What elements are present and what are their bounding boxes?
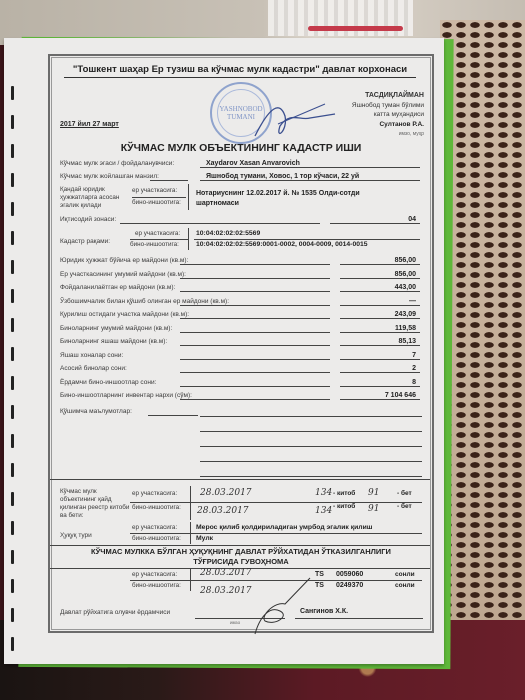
measure-value: 856,00 [395,271,416,278]
field-economic-zone: Иқтисодий зонаси: 04 [60,213,420,224]
certificate-land-date: 28.03.2017 [200,568,252,578]
registry-land-page: 91 [368,488,379,498]
measure-value: 443,00 [395,284,416,291]
measure-row: Юридик ҳужжат бўйича ер майдони (кв.м):8… [60,254,420,265]
measure-label: Ёрдамчи бино-иншоотлар сони: [60,379,156,386]
measure-row: Биноларнинг яшаш майдони (кв.м):85,13 [60,335,420,346]
measure-row: Биноларнинг умумий майдони (кв.м):119,58 [60,322,420,333]
rights-building-value: Мулк [196,535,213,542]
measure-label: Биноларнинг умумий майдони (кв.м): [60,325,172,332]
registrar-name: Сангинов Х.К. [300,608,348,615]
cadastral-land-number: 10:04:02:02:02:5569 [196,230,260,237]
rights-label: Ҳуқуқ тури [60,532,92,539]
field-basis-value: Нотариуснинг 12.02.2017 й. № 1535 Олди-с… [196,189,396,209]
measure-label: Яшаш хоналар сони: [60,352,123,359]
measure-value: 119,58 [395,325,416,332]
measure-row: Ёрдамчи бино-иншоотлар сони:8 [60,376,420,387]
measure-value: 243,09 [395,311,416,318]
measure-label: Асосий бинолар сони: [60,365,127,372]
rights-land-value: Мерос қилиб қолдириладиган умрбод эгалик… [196,524,372,531]
measure-row: Қурилиш остидаги участка майдони (кв.м):… [60,308,420,319]
field-owner: Кўчмас мулк эгаси / фойдаланувчиси: Xayd… [60,157,420,168]
registry-label: Кўчмас мулк объектининг қайд қилинган ре… [60,488,130,520]
registrar-label: Давлат рўйхатига олувчи ёрдамчиси [60,609,170,616]
measure-value: 85,13 [398,338,416,345]
registry-building-page: 91 [368,504,379,514]
measure-label: Биноларнинг яшаш майдони (кв.м): [60,338,167,345]
registry-building-book: 134 [315,506,332,516]
document-date: 2017 йил 27 март [60,121,119,128]
measure-value: 2 [412,365,416,372]
measure-row: Асосий бинолар сони:2 [60,362,420,373]
cadastral-building-number: 10:04:02:02:02:5569:0001-0002, 0004-0009… [196,241,368,248]
signature-icon [250,96,340,146]
certificate-building-date: 28.03.2017 [200,586,252,596]
measure-label: Ўзбошимчалик билан қўшиб олинган ер майд… [60,298,229,305]
certificate-building-number: 0249370 [336,582,363,589]
cadastral-form: "Тошкент шаҳар Ер тузиш ва кўчмас мулк к… [48,54,434,633]
certificate-land-number: 0059060 [336,571,363,578]
measure-value: 8 [412,379,416,386]
registry-land-book: 134 [315,488,332,498]
document-title: КЎЧМАС МУЛК ОБЪЕКТИНИНГ КАДАСТР ИШИ [50,142,432,154]
measure-label: Фойдаланилаётган ер майдони (кв.м): [60,284,175,291]
measure-value: 856,00 [395,257,416,264]
measure-label: Қурилиш остидаги участка майдони (кв.м): [60,311,189,318]
registry-land-date: 28.03.2017 [200,488,252,498]
measure-value: 7 104 646 [385,392,416,399]
field-basis-label: Қандай юридик ҳужжатларга асосан эгалик … [60,186,132,210]
certificate-title: КЎЧМАС МУЛККА БЎЛГАН ҲУҚУҚНИНГ ДАВЛАТ РЎ… [50,547,432,567]
measure-row: Яшаш хоналар сони:7 [60,349,420,360]
measure-row: Ер участкасининг умумий майдони (кв.м):8… [60,268,420,279]
measure-value: 7 [412,352,416,359]
registry-building-date: 28.03.2017 [197,506,249,516]
measure-row: Ўзбошимчалик билан қўшиб олинган ер майд… [60,295,420,306]
measure-row: Фойдаланилаётган ер майдони (кв.м):443,0… [60,281,420,292]
measure-label: Юридик ҳужжат бўйича ер майдони (кв.м): [60,257,188,264]
spiral-binding [8,86,18,700]
field-address: Кўчмас мулк жойлашган манзил: Яшнобод ту… [60,170,420,181]
measure-label: Ер участкасининг умумий майдони (кв.м): [60,271,186,278]
measure-value: — [409,298,416,305]
measure-row: Бино-иншоотларнинг инвентар нархи (сўм):… [60,389,420,400]
registrar-signature-icon [245,576,315,636]
field-additional: Қўшимча маълумотлар: [60,405,420,416]
approval-block: ТАСДИҚЛАЙМАН Яшнобод туман бўлими катта … [352,91,424,140]
background-swab [308,26,403,31]
agency-name: "Тошкент шаҳар Ер тузиш ва кўчмас мулк к… [64,64,416,78]
measure-label: Бино-иншоотларнинг инвентар нархи (сўм): [60,392,192,399]
field-cadastral-label: Кадастр рақами: [60,238,110,245]
